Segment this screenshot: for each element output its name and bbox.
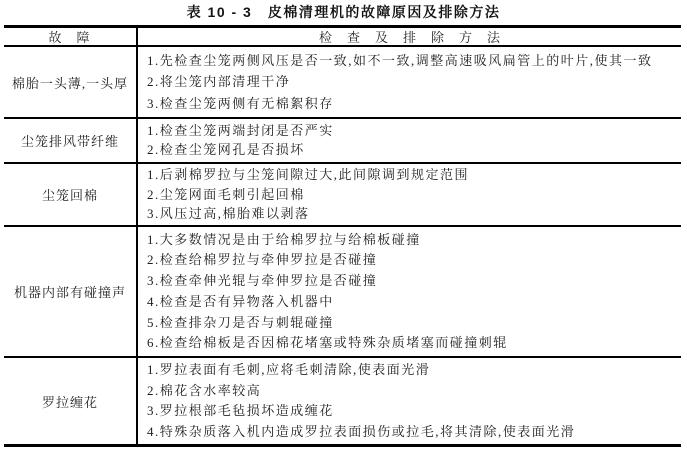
table-row: 机器内部有碰撞声 1.大多数情况是由于给棉罗拉与给棉板碰撞 2.检查给棉罗拉与牵… (4, 227, 681, 358)
method-item: 2.将尘笼内部清理干净 (147, 74, 681, 90)
method-list: 1.检查尘笼两端封闭是否严实 2.检查尘笼网孔是否损坏 (138, 119, 681, 162)
header-method: 检查及排除方法 (138, 28, 681, 45)
method-item: 3.罗拉根部毛毡损坏造成缠花 (147, 403, 681, 419)
method-list: 1.大多数情况是由于给棉罗拉与给棉板碰撞 2.检查给棉罗拉与牵伸罗拉是否碰撞 3… (138, 227, 681, 356)
method-list: 1.罗拉表面有毛刺,应将毛刺清除,使表面光滑 2.棉花含水率较高 3.罗拉根部毛… (138, 358, 681, 444)
header-fault: 故障 (4, 28, 138, 45)
method-item: 3.检查牵伸光辊与牵伸罗拉是否碰撞 (147, 273, 681, 289)
method-item: 3.检查尘笼两侧有无棉絮积存 (147, 96, 681, 112)
method-item: 6.检查给棉板是否因棉花堵塞或特殊杂质堵塞而碰撞刺辊 (147, 335, 681, 351)
method-item: 5.检查排杂刀是否与刺辊碰撞 (147, 315, 681, 331)
table-caption: 表 10 - 3 皮棉清理机的故障原因及排除方法 (0, 0, 687, 25)
method-item: 3.风压过高,棉胎难以剥落 (147, 206, 681, 222)
method-item: 4.检查是否有异物落入机器中 (147, 294, 681, 310)
method-item: 1.大多数情况是由于给棉罗拉与给棉板碰撞 (147, 232, 681, 248)
fault-label: 棉胎一头薄,一头厚 (4, 47, 138, 117)
method-item: 1.先检查尘笼两侧风压是否一致,如不一致,调整高速吸风扁管上的叶片,使其一致 (147, 53, 681, 69)
document-page: 表 10 - 3 皮棉清理机的故障原因及排除方法 故障 检查及排除方法 棉胎一头… (0, 0, 687, 456)
table-row: 尘笼回棉 1.后剥棉罗拉与尘笼间隙过大,此间隙调到规定范围 2.尘笼网面毛刺引起… (4, 164, 681, 227)
table-row: 尘笼排风带纤维 1.检查尘笼两端封闭是否严实 2.检查尘笼网孔是否损坏 (4, 119, 681, 164)
method-item: 4.特殊杂质落入机内造成罗拉表面损伤或拉毛,将其清除,使表面光滑 (147, 424, 681, 440)
method-item: 2.棉花含水率较高 (147, 383, 681, 399)
method-item: 1.检查尘笼两端封闭是否严实 (147, 123, 681, 139)
method-list: 1.先检查尘笼两侧风压是否一致,如不一致,调整高速吸风扁管上的叶片,使其一致 2… (138, 47, 681, 117)
method-item: 1.罗拉表面有毛刺,应将毛刺清除,使表面光滑 (147, 362, 681, 378)
fault-table: 故障 检查及排除方法 棉胎一头薄,一头厚 1.先检查尘笼两侧风压是否一致,如不一… (4, 25, 681, 447)
method-item: 2.检查尘笼网孔是否损坏 (147, 142, 681, 158)
method-list: 1.后剥棉罗拉与尘笼间隙过大,此间隙调到规定范围 2.尘笼网面毛刺引起回棉 3.… (138, 164, 681, 225)
table-row: 罗拉缠花 1.罗拉表面有毛刺,应将毛刺清除,使表面光滑 2.棉花含水率较高 3.… (4, 358, 681, 444)
fault-label: 尘笼排风带纤维 (4, 119, 138, 162)
method-item: 1.后剥棉罗拉与尘笼间隙过大,此间隙调到规定范围 (147, 167, 681, 183)
table-row: 棉胎一头薄,一头厚 1.先检查尘笼两侧风压是否一致,如不一致,调整高速吸风扁管上… (4, 47, 681, 119)
method-item: 2.检查给棉罗拉与牵伸罗拉是否碰撞 (147, 252, 681, 268)
table-header-row: 故障 检查及排除方法 (4, 28, 681, 47)
method-item: 2.尘笼网面毛刺引起回棉 (147, 187, 681, 203)
fault-label: 罗拉缠花 (4, 358, 138, 444)
fault-label: 机器内部有碰撞声 (4, 227, 138, 356)
fault-label: 尘笼回棉 (4, 164, 138, 225)
